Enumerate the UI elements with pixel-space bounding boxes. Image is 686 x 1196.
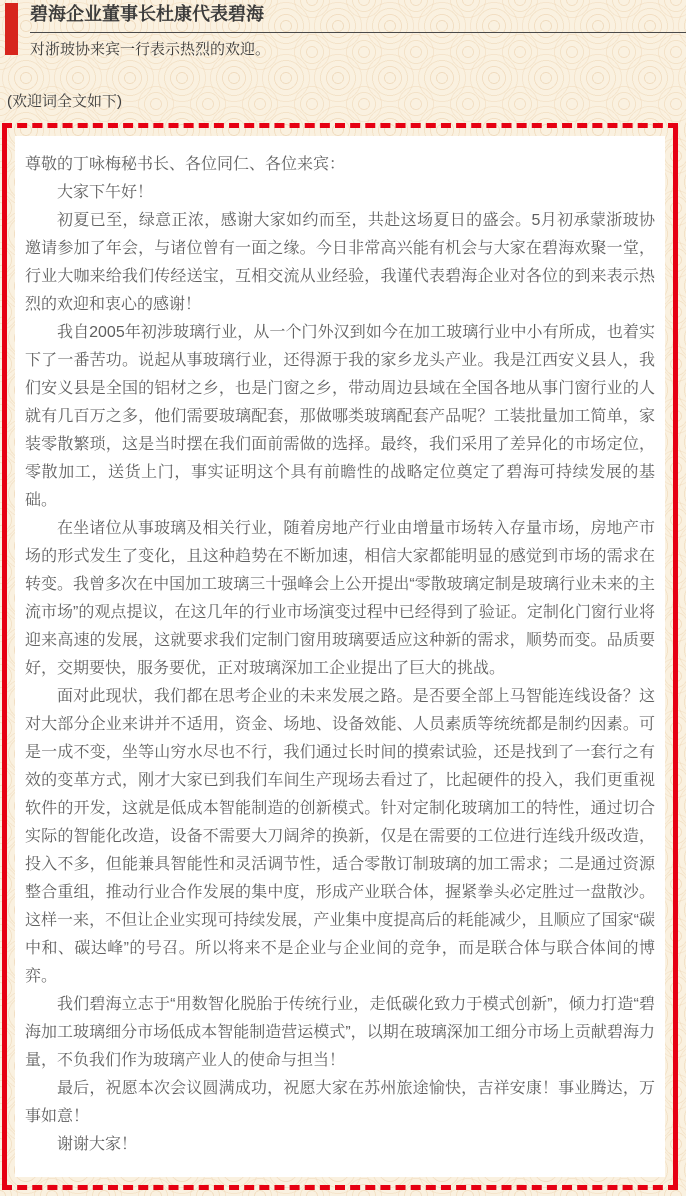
article-header: 碧海企业董事长杜康代表碧海 对浙玻协来宾一行表示热烈的欢迎。 <box>0 0 686 59</box>
article-page: 碧海企业董事长杜康代表碧海 对浙玻协来宾一行表示热烈的欢迎。 (欢迎词全文如下)… <box>0 0 686 1196</box>
speech-paragraph: 在坐诸位从事玻璃及相关行业，随着房地产行业由增量市场转入存量市场，房地产市场的形… <box>25 515 655 683</box>
speech-paragraph: 最后，祝愿本次会议圆满成功，祝愿大家在苏州旅途愉快，吉祥安康！事业腾达，万事如意… <box>25 1075 655 1131</box>
speech-paragraph: 谢谢大家！ <box>25 1131 655 1159</box>
page-subtitle: 对浙玻协来宾一行表示热烈的欢迎。 <box>30 33 686 59</box>
speech-paragraph: 大家下午好！ <box>25 179 655 207</box>
speech-paragraph: 我自2005年初涉玻璃行业，从一个门外汉到如今在加工玻璃行业中小有所成，也着实下… <box>25 319 655 515</box>
intro-note: (欢迎词全文如下) <box>7 90 686 111</box>
speech-paragraph: 面对此现状，我们都在思考企业的未来发展之路。是否要全部上马智能连线设备？这对大部… <box>25 683 655 991</box>
red-accent-bar <box>5 3 18 55</box>
speech-letter-box: 尊敬的丁咏梅秘书长、各位同仁、各位来宾： 大家下午好！初夏已至，绿意正浓，感谢大… <box>2 123 678 1190</box>
speech-paragraphs: 大家下午好！初夏已至，绿意正浓，感谢大家如约而至，共赴这场夏日的盛会。5月初承蒙… <box>25 179 655 1159</box>
speech-letter-panel: 尊敬的丁咏梅秘书长、各位同仁、各位来宾： 大家下午好！初夏已至，绿意正浓，感谢大… <box>15 136 665 1177</box>
speech-salutation: 尊敬的丁咏梅秘书长、各位同仁、各位来宾： <box>25 151 655 179</box>
header-text-block: 碧海企业董事长杜康代表碧海 对浙玻协来宾一行表示热烈的欢迎。 <box>30 3 686 59</box>
page-title: 碧海企业董事长杜康代表碧海 <box>30 3 686 32</box>
speech-paragraph: 我们碧海立志于“用数智化脱胎于传统行业，走低碳化致力于模式创新”，倾力打造“碧海… <box>25 991 655 1075</box>
speech-paragraph: 初夏已至，绿意正浓，感谢大家如约而至，共赴这场夏日的盛会。5月初承蒙浙玻协邀请参… <box>25 207 655 319</box>
